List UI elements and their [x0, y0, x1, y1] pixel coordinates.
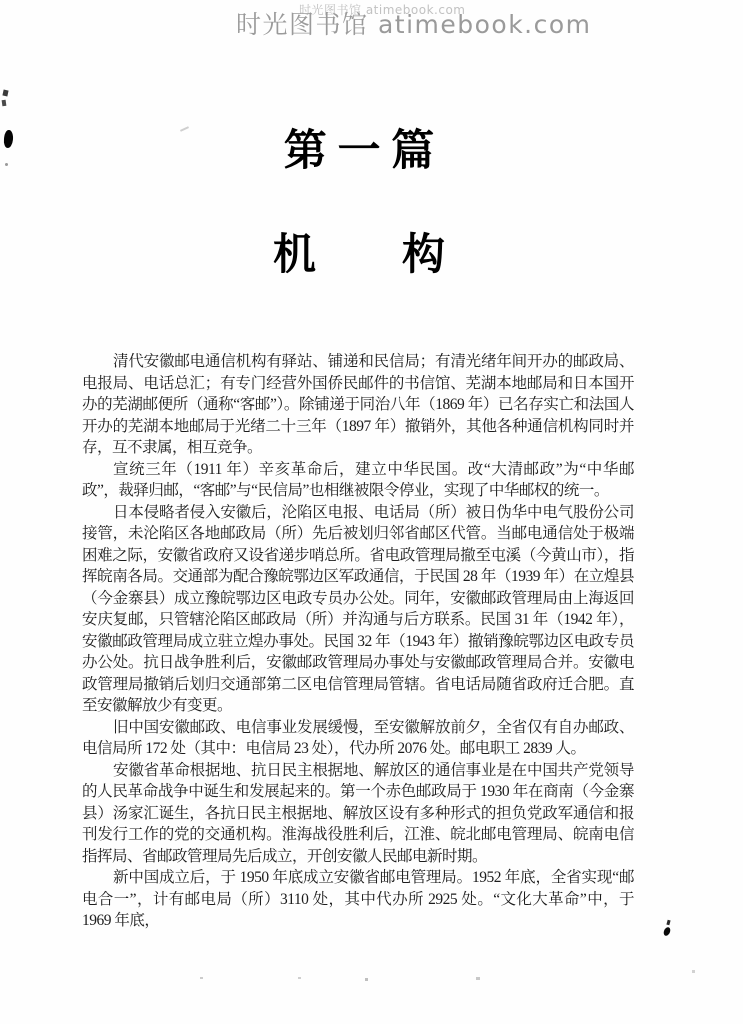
part-title: 第 一 篇	[0, 129, 718, 175]
body-text: 清代安徽邮电通信机构有驿站、铺递和民信局；有清光绪年间开办的邮政局、电报局、电话…	[82, 351, 634, 932]
paragraph-4: 旧中国安徽邮政、电信事业发展缓慢，至安徽解放前夕，全省仅有自办邮政、电信局所 1…	[82, 717, 634, 760]
scan-edge-mark	[2, 100, 7, 106]
paragraph-1: 清代安徽邮电通信机构有驿站、铺递和民信局；有清光绪年间开办的邮政局、电报局、电话…	[82, 351, 634, 459]
scan-speck	[365, 978, 368, 981]
paragraph-2: 宣统三年（1911 年）辛亥革命后，建立中华民国。改“大清邮政”为“中华邮政”，…	[82, 459, 634, 502]
paragraph-6: 新中国成立后，于 1950 年底成立安徽省邮电管理局。1952 年底，全省实现“…	[82, 867, 634, 932]
scan-smudge	[662, 926, 671, 937]
paragraph-5: 安徽省革命根据地、抗日民主根据地、解放区的通信事业是在中国共产党领导的人民革命战…	[82, 760, 634, 868]
scan-speck	[298, 977, 301, 979]
scanned-book-page: 时光图书馆 atimebook.com 时光图书馆 atimebook.com …	[0, 0, 743, 1024]
scan-speck	[476, 977, 480, 980]
chapter-title: 机 构	[0, 233, 718, 279]
scan-speck	[200, 977, 203, 979]
scan-speck	[692, 970, 695, 973]
watermark-large: 时光图书馆 atimebook.com	[236, 5, 592, 41]
scan-smudge	[666, 920, 670, 926]
scan-edge-mark	[2, 90, 8, 97]
paragraph-3: 日本侵略者侵入安徽后，沦陷区电报、电话局（所）被日伪华中电气股份公司接管，未沦陷…	[82, 502, 634, 717]
